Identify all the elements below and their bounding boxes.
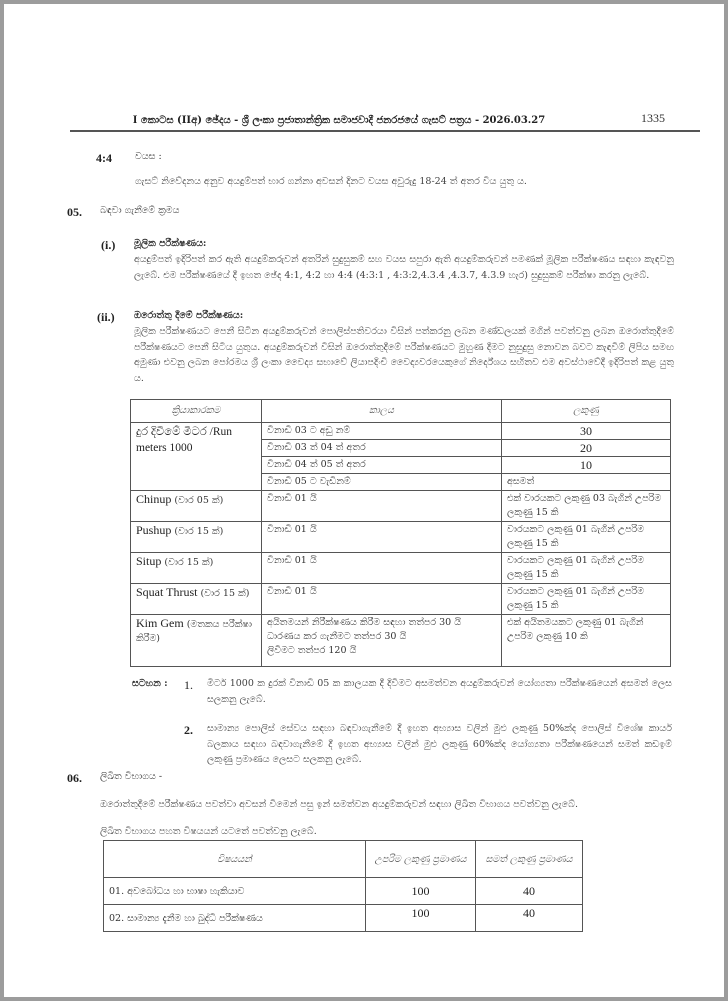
header-marks: ලකුණු — [502, 400, 671, 423]
time-cell: විනාඩි 03 ත් 04 ත් අතර — [262, 440, 502, 457]
sub-i-text: අයදුම්පත් ඉදිරිපත් කර ඇති අයදුම්කරුවන් අ… — [134, 252, 674, 283]
table-row: 02. සාමාන්‍ය දැනීම හා බුද්ධි පරීක්ෂණය 10… — [104, 905, 583, 932]
section-06-para-1: ඔරොත්තුදීමේ පරීක්ෂණය පවත්වා අවසන් වීමෙන්… — [100, 797, 700, 813]
time-cell: විනාඩි 05 ට වැඩිනම් — [262, 474, 502, 491]
time-cell: විනාඩි 04 ත් 05 ත් අතර — [262, 457, 502, 474]
time-cell: විනාඩි 01 යි — [262, 553, 502, 584]
header-divider — [70, 130, 700, 132]
section-06-number: 06. — [67, 771, 82, 786]
subject-cell: 02. සාමාන්‍ය දැනීම හා බුද්ධි පරීක්ෂණය — [104, 905, 366, 932]
header-title-text: කොටස (IIඅ) ඡේදය - ශ්‍රී ලංකා ප්‍රජාතාන්ත… — [141, 115, 545, 126]
part-label: I — [133, 112, 138, 126]
page-number: 1335 — [641, 111, 665, 126]
marks-cell: 10 — [502, 457, 671, 474]
activity-cell: Squat Thrust (වාර 15 ක්) — [131, 584, 262, 615]
activity-cell: Chinup (වාර 05 ක්) — [131, 491, 262, 522]
section-06-heading: ලිඛිත විභාගය - — [100, 769, 162, 785]
table-header-row: විෂයයන් උපරිම ලකුණු ප්‍රමාණය සමත් ලකුණු … — [104, 841, 583, 878]
subject-cell: 01. අවබෝධය හා භාෂා හැකියාව — [104, 878, 366, 905]
section-4-4-heading: වයස : — [135, 149, 162, 165]
header-time: කාලය — [262, 400, 502, 423]
table-row: Squat Thrust (වාර 15 ක්)විනාඩි 01 යිවාරය… — [131, 584, 671, 615]
section-06-para-2: ලිඛිත විභාගය පහත විෂයයන් යටතේ පවත්වනු ලැ… — [100, 824, 700, 840]
marks-cell: එක් වාරයකට ලකුණු 03 බැගින් උපරිම ලකුණු 1… — [502, 491, 671, 522]
activity-name: Situp — [136, 554, 161, 568]
marks-cell: අසමත් — [502, 474, 671, 491]
activity-cell: Pushup (වාර 15 ක්) — [131, 522, 262, 553]
activity-name: Chinup — [136, 492, 171, 506]
table-row: Pushup (වාර 15 ක්)විනාඩි 01 යිවාරයකට ලකු… — [131, 522, 671, 553]
note-2-text: සාමාන්‍ය පොලිස් සේවය සඳහා බඳවාගැනීමේ දී … — [207, 721, 672, 768]
marks-cell: 30 — [502, 423, 671, 440]
notes-label: සටහන : — [132, 676, 168, 692]
time-cell: අයිතමයන් නිරීක්ෂණය කිරීම සඳහා තත්පර 30 ය… — [262, 615, 502, 667]
page-header-title: I කොටස (IIඅ) ඡේදය - ශ්‍රී ලංකා ප්‍රජාතාන… — [114, 112, 564, 127]
table-row: දුර දිවීමේ මීටර /Run meters 1000විනාඩි 0… — [131, 423, 671, 440]
time-cell: විනාඩි 01 යි — [262, 522, 502, 553]
activity-name: Squat Thrust — [136, 585, 197, 599]
time-cell: විනාඩි 01 යි — [262, 491, 502, 522]
sub-ii-heading: ඔරොත්තු දීමේ පරීක්ෂණය: — [134, 308, 243, 324]
note-2-number: 2. — [184, 723, 193, 738]
max-marks-cell: 100 — [366, 878, 476, 905]
section-4-4-text: ගැසට් නිවේදනය අනුව අයදුම්පත් භාර ගන්නා අ… — [135, 174, 695, 190]
note-1-number: 1. — [184, 678, 193, 693]
activity-cell: Kim Gem (මතකය පරීක්ෂා කිරීම) — [131, 615, 262, 667]
time-cell: විනාඩි 03 ට අඩු නම් — [262, 423, 502, 440]
activity-name: Pushup — [136, 523, 171, 537]
activity-name: Kim Gem — [136, 616, 184, 630]
marks-cell: එක් අයිතමයකට ලකුණු 01 බැගින් උපරිම ලකුණු… — [502, 615, 671, 667]
sub-i-number: (i.) — [101, 238, 115, 253]
note-1-text: මීටර් 1000 ක දුරක් විනාඩි 05 ක කාලයක දී … — [207, 676, 672, 707]
pass-marks-cell: 40 — [476, 878, 583, 905]
header-subjects: විෂයයන් — [104, 841, 366, 878]
sub-ii-text: මූලික පරීක්ෂණයට පෙනී සිටින අයදුම්කරුවන් … — [134, 324, 674, 386]
activity-cell: Situp (වාර 15 ක්) — [131, 553, 262, 584]
activity-reps: (වාර 05 ක්) — [174, 495, 223, 506]
section-05-heading: බඳවා ගැනීමේ ක්‍රමය — [100, 203, 179, 219]
fitness-test-table: ක්‍රියාකාරකම කාලය ලකුණු දුර දිවීමේ මීටර … — [130, 399, 671, 667]
sub-ii-number: (ii.) — [97, 310, 115, 325]
header-max-marks: උපරිම ලකුණු ප්‍රමාණය — [366, 841, 476, 878]
activity-reps: (වාර 15 ක්) — [174, 526, 223, 537]
marks-cell: වාරයකට ලකුණු 01 බැගින් උපරිම ලකුණු 15 කි — [502, 522, 671, 553]
activity-cell: දුර දිවීමේ මීටර /Run meters 1000 — [131, 423, 262, 491]
table-row: Kim Gem (මතකය පරීක්ෂා කිරීම)අයිතමයන් නිර… — [131, 615, 671, 667]
max-marks-cell: 100 — [366, 905, 476, 932]
table-row: 01. අවබෝධය හා භාෂා හැකියාව 100 40 — [104, 878, 583, 905]
marks-cell: 20 — [502, 440, 671, 457]
marks-cell: වාරයකට ලකුණු 01 බැගින් උපරිම ලකුණු 15 කි — [502, 584, 671, 615]
table-row: Situp (වාර 15 ක්)විනාඩි 01 යිවාරයකට ලකුණ… — [131, 553, 671, 584]
written-exam-table: විෂයයන් උපරිම ලකුණු ප්‍රමාණය සමත් ලකුණු … — [103, 840, 583, 932]
section-4-4-number: 4:4 — [96, 151, 112, 166]
sub-i-heading: මූලික පරීක්ෂණය: — [134, 236, 206, 252]
marks-cell: වාරයකට ලකුණු 01 බැගින් උපරිම ලකුණු 15 කි — [502, 553, 671, 584]
time-cell: විනාඩි 01 යි — [262, 584, 502, 615]
activity-reps: (වාර 15 ක්) — [164, 557, 213, 568]
gazette-page: I කොටස (IIඅ) ඡේදය - ශ්‍රී ලංකා ප්‍රජාතාන… — [4, 4, 724, 997]
pass-marks-cell: 40 — [476, 905, 583, 932]
table-row: Chinup (වාර 05 ක්)විනාඩි 01 යිඑක් වාරයකට… — [131, 491, 671, 522]
header-activity: ක්‍රියාකාරකම — [131, 400, 262, 423]
table-header-row: ක්‍රියාකාරකම කාලය ලකුණු — [131, 400, 671, 423]
header-pass-marks: සමත් ලකුණු ප්‍රමාණය — [476, 841, 583, 878]
section-05-number: 05. — [67, 205, 82, 220]
activity-reps: (වාර 15 ක්) — [200, 588, 249, 599]
